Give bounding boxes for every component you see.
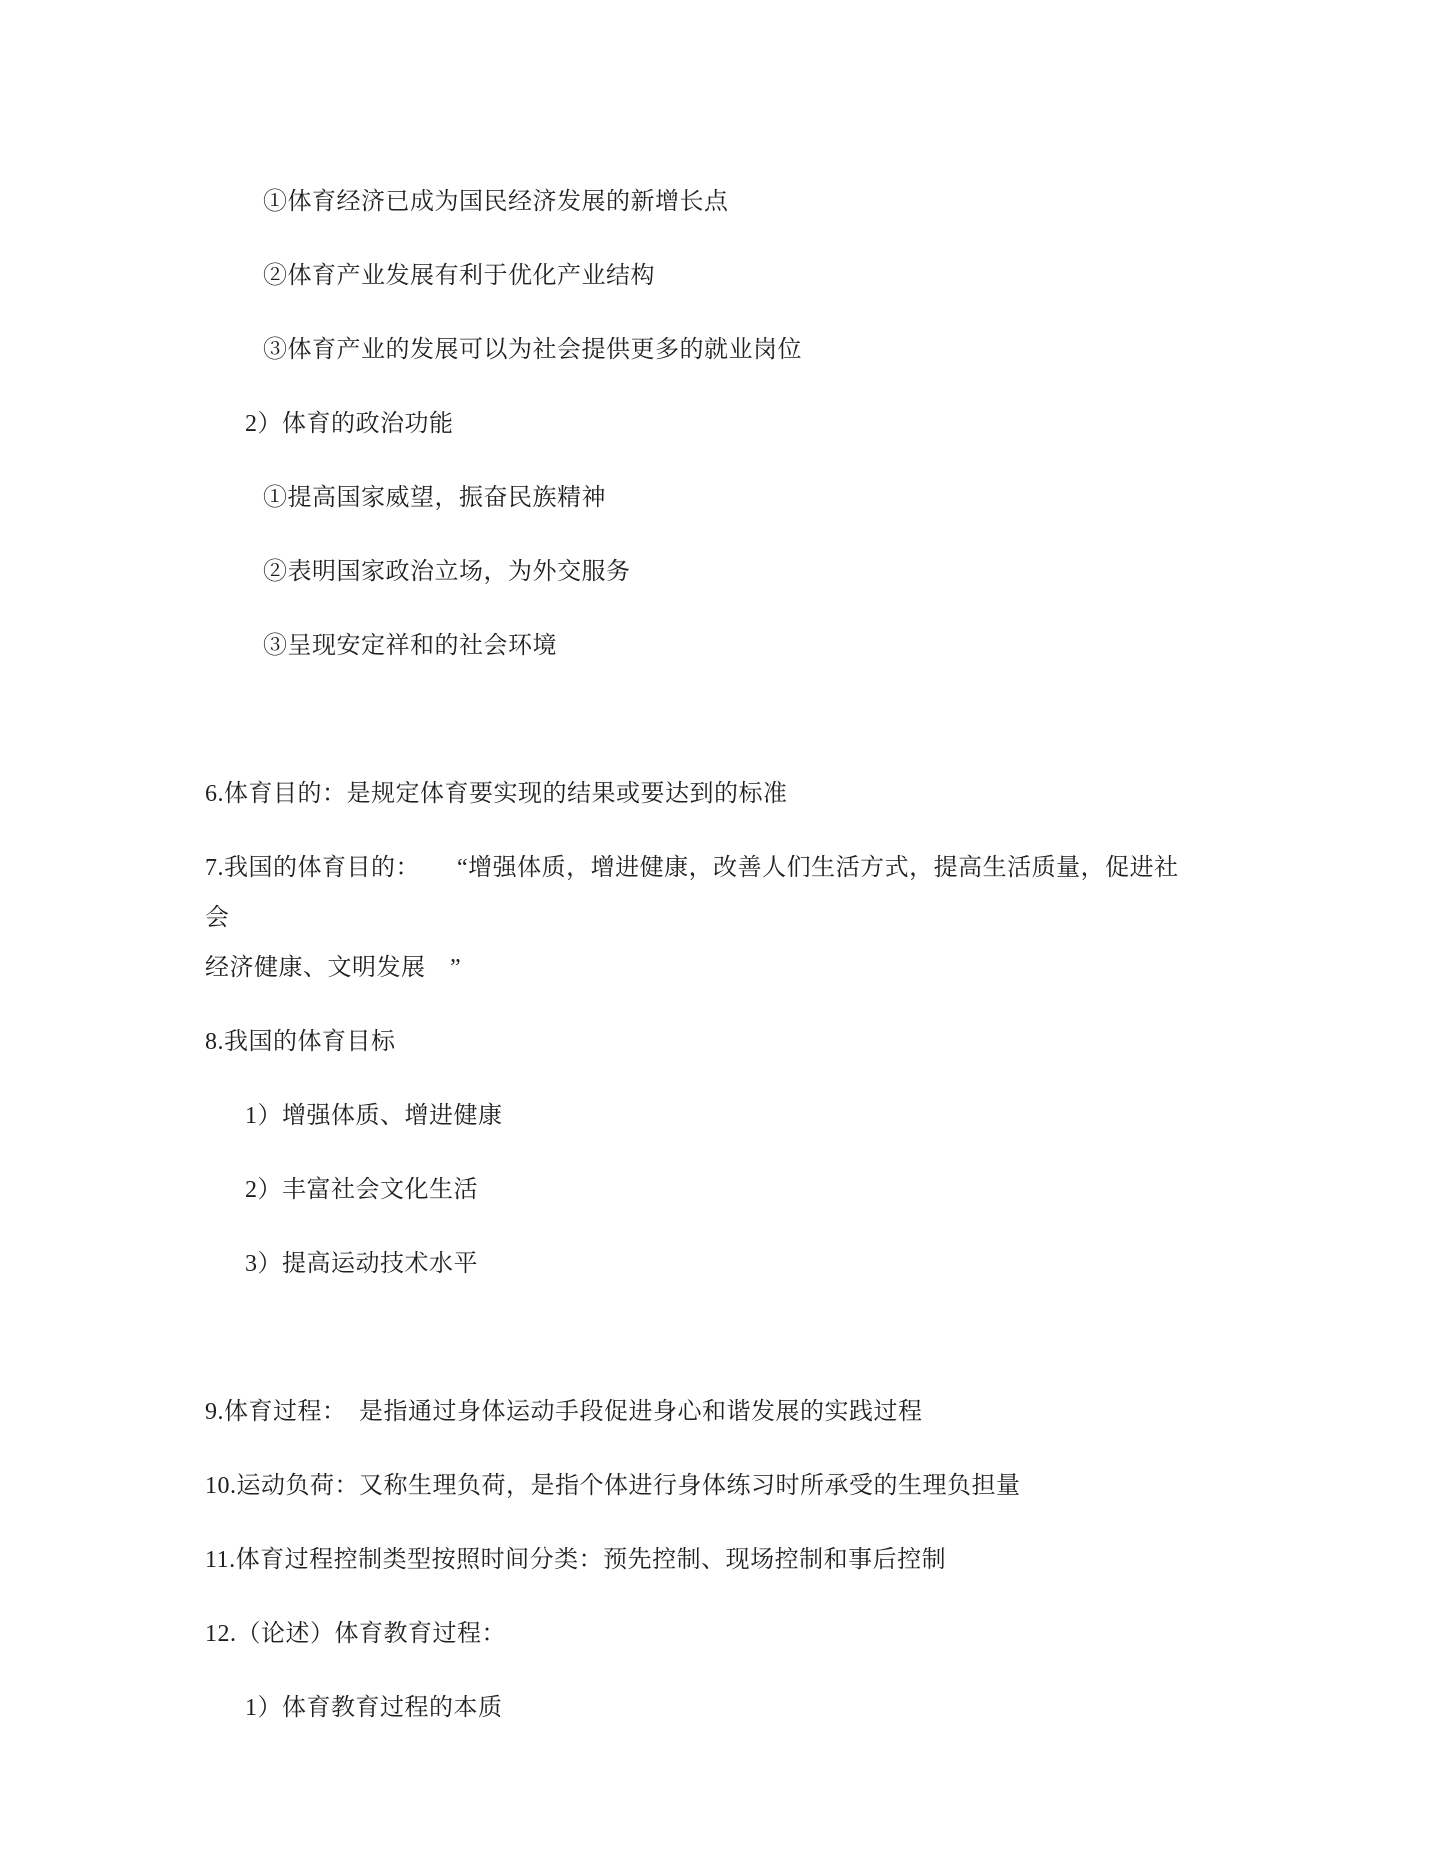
- circled-item-employment: ③体育产业的发展可以为社会提供更多的就业岗位: [263, 325, 1200, 375]
- item-6-sports-purpose-definition: 6.体育目的：是规定体育要实现的结果或要达到的标准: [205, 769, 1200, 819]
- sub-item-political-function-heading: 2）体育的政治功能: [245, 399, 1200, 449]
- circled-item-political-stance: ②表明国家政治立场，为外交服务: [263, 547, 1200, 597]
- sub-item-improve-skill: 3）提高运动技术水平: [245, 1239, 1200, 1289]
- item-10-exercise-load-definition: 10.运动负荷：又称生理负荷，是指个体进行身体练习时所承受的生理负担量: [205, 1461, 1200, 1511]
- sub-item-strengthen-health: 1）增强体质、增进健康: [245, 1091, 1200, 1141]
- sub-item-enrich-culture: 2）丰富社会文化生活: [245, 1165, 1200, 1215]
- document-page: ①体育经济已成为国民经济发展的新增长点 ②体育产业发展有利于优化产业结构 ③体育…: [0, 0, 1440, 1864]
- item-7-china-sports-purpose-continued: 经济健康、文明发展 ”: [205, 943, 1200, 993]
- item-9-sports-process-definition: 9.体育过程： 是指通过身体运动手段促进身心和谐发展的实践过程: [205, 1387, 1200, 1437]
- item-12-pe-process-essay-heading: 12.（论述）体育教育过程：: [205, 1609, 1200, 1659]
- item-11-process-control-types: 11.体育过程控制类型按照时间分类：预先控制、现场控制和事后控制: [205, 1535, 1200, 1585]
- circled-item-industry-structure: ②体育产业发展有利于优化产业结构: [263, 251, 1200, 301]
- item-8-china-sports-goals-heading: 8.我国的体育目标: [205, 1017, 1200, 1067]
- sub-item-pe-process-essence: 1）体育教育过程的本质: [245, 1683, 1200, 1733]
- circled-item-national-prestige: ①提高国家威望，振奋民族精神: [263, 473, 1200, 523]
- item-7-china-sports-purpose: 7.我国的体育目的： “增强体质，增进健康，改善人们生活方式，提高生活质量，促进…: [205, 843, 1200, 943]
- circled-item-social-environment: ③呈现安定祥和的社会环境: [263, 621, 1200, 671]
- circled-item-economic-growth-point: ①体育经济已成为国民经济发展的新增长点: [263, 177, 1200, 227]
